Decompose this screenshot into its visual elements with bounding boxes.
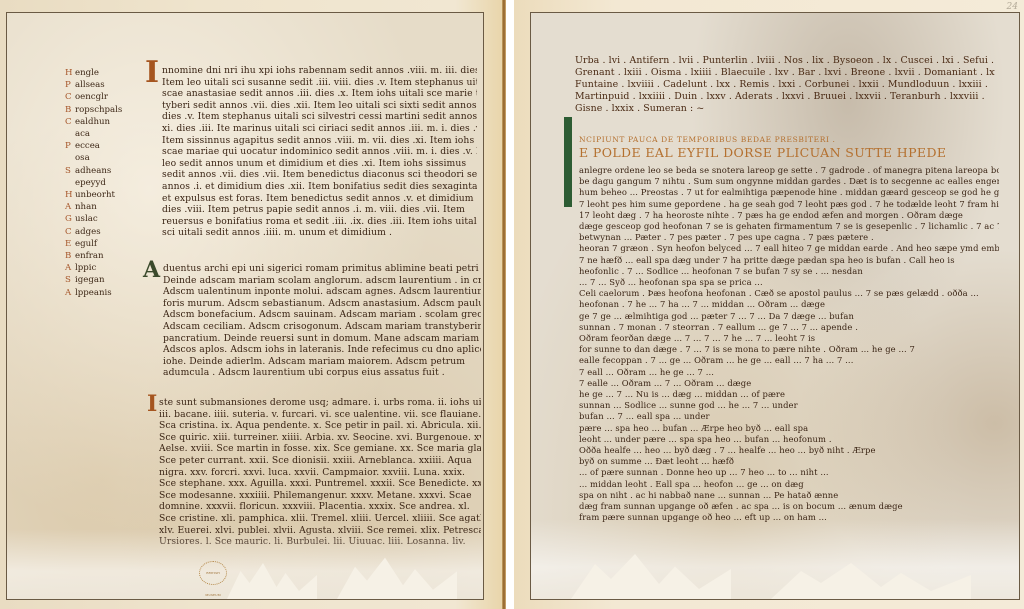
library-stamp: BRITISH MUSEUM [199,561,227,585]
margin-item: epeyyd [65,177,122,189]
text-line: xi. dies .iii. Ite marinus uitali sci ci… [162,123,477,135]
text-line: 7 ealle ... Oðram ... 7 ... Oðram ... dæ… [579,378,999,389]
text-line: Sce peter currant. xxii. Sce dionisii. x… [159,455,481,467]
margin-item: Eegulf [65,238,122,250]
text-line: betwynan ... Pæter . 7 pes pæter . 7 pes… [579,232,999,243]
text-line: Sce cristine. xli. pamphica. xlii. Treme… [159,513,481,525]
text-line: leo sedit annos unum et dimidium et dies… [162,158,477,170]
text-line: dies .viii. Item petrus papie sedit anno… [162,204,477,216]
text-line: Sce stephane. xxx. Aguilla. xxxi. Puntre… [159,478,481,490]
text-line: dæge gesceop god heofonan 7 se is gehate… [579,221,999,232]
text-line: dies .v. Item stephanus uitali sci silve… [162,111,477,123]
margin-item: Pallseas [65,79,122,91]
text-line: leoht ... under pære ... spa spa heo ...… [579,434,999,445]
text-line: Adscm ualentinum inponte molui. adscam a… [163,286,481,298]
margin-item: Alppic [65,262,122,274]
text-line: foris murum. Adscm sebastianum. Adscm an… [163,298,481,310]
text-line: 17 leoht dæg . 7 ha heoroste nihte . 7 p… [579,210,999,221]
text-line: 7 eall ... Oðram ... he ge ... 7 ... [579,367,999,378]
text-line: 7 leoht pes him sume gepordene . ha ge s… [579,199,999,210]
rubric-incipit: NCIPIUNT PAUCA DE TEMPORIBUS BEDAE PRESB… [579,135,835,144]
text-line: Deinde adscam mariam scolam anglorum. ad… [163,275,481,287]
text-line: iii. bacane. iiii. suteria. v. furcari. … [159,409,481,421]
text-line: heofonlic . 7 ... Sodlice ... heofonan 7… [579,266,999,277]
text-block-rome-churches: duentus archi epi uni sigerici romam pri… [163,263,481,379]
text-line: Adscm bonefacium. Adscm sauinam. Adscam … [163,309,481,321]
text-line: Adscam ceciliam. Adscm crisogonum. Adsca… [163,321,481,333]
margin-item: Cealdhun [65,116,122,128]
text-line: Sca cristina. ix. Aqua pendente. x. Sce … [159,420,481,432]
left-page: Hengle Pallseas Coencglr Bropschpals Cea… [0,0,506,609]
margin-item: osa [65,152,122,164]
text-line: Aelse. xviii. Sce martin in fosse. xix. … [159,443,481,455]
margin-item: Alppeanis [65,287,122,299]
green-initial-bar [564,117,572,207]
text-line: reuersus e bonifatius roma et sedit .iii… [162,216,477,228]
margin-name-list: Hengle Pallseas Coencglr Bropschpals Cea… [65,67,122,299]
text-line: bufan ... 7 ... eall spa ... under [579,411,999,422]
text-line: sunnan ... Sodlice ... sunne god ... he … [579,400,999,411]
text-block-popes: nnomine dni nri ihu xpi iohs rabennam se… [162,65,477,239]
text-line: ... 7 ... Syð ... heofonan spa spa se pr… [579,277,999,288]
rubric-title: E POLDE EAL EYFIL DORSE PLICUAN SUTTE HP… [579,145,946,160]
text-line: Grenant . lxiii . Oisma . lxiiii . Blaec… [575,67,995,79]
text-line: ... of pære sunnan . Donne heo up ... 7 … [579,467,999,478]
margin-item: Benfran [65,250,122,262]
text-line: adumcula . Adscm laurentium ubi corpus e… [163,367,481,379]
text-line: Celi caelorum . Þæs heofona heofonan . C… [579,288,999,299]
text-line: ealle fecoppan . 7 ... ge ... Oðram ... … [579,355,999,366]
text-line: Martinpuid . lxxiiii . Duin . lxxv . Ade… [575,91,995,103]
right-page: 24 Urba . lvi . Antifern . lvii . Punter… [514,0,1024,609]
right-folio: Urba . lvi . Antifern . lvii . Punterlin… [530,12,1020,600]
text-line: sci uitali sedit annos .iiii. m. unum et… [162,227,477,239]
text-block-de-temporibus: anlegre ordene leo se beda se snotera la… [579,165,999,524]
text-line: sunnan . 7 monan . 7 steorran . 7 eallum… [579,322,999,333]
text-block-submansiones: ste sunt submansiones derome usq; admare… [159,397,481,548]
text-line: byð on summe ... Ðæt leoht ... hæfð [579,456,999,467]
text-line: Gisne . lxxix . Sumeran : ~ [575,103,995,115]
text-line: he ge ... 7 ... Nu is ... dæg ... middan… [579,389,999,400]
text-line: Sce modesanne. xxxiiii. Philemangenur. x… [159,490,481,502]
text-line: tyberi sedit annos .vii. dies .xii. Item… [162,100,477,112]
initial-a: A [143,257,160,283]
text-line: domnine. xxxvii. floricun. xxxviii. Plac… [159,501,481,513]
text-line: Oðram feorðan dæge ... 7 ... 7 ... 7 he … [579,333,999,344]
margin-item: Sadheans [65,165,122,177]
text-line: duentus archi epi uni sigerici romam pri… [163,263,481,275]
left-folio: Hengle Pallseas Coencglr Bropschpals Cea… [6,12,484,600]
folio-number: 24 [1007,2,1018,12]
text-line: pancratium. Deinde reuersi sunt in domum… [163,333,481,345]
text-line: pære ... spa heo ... bufan ... Ærpe heo … [579,423,999,434]
margin-item: Coencglr [65,91,122,103]
text-line: 7 ne hæfð ... eall spa dæg under 7 ha pr… [579,255,999,266]
text-line: dæg fram sunnan upgange oð æfen . ac spa… [579,501,999,512]
text-line: be dagu gangum 7 nihtu . Sum sum ongynne… [579,176,999,187]
binding-edge [502,0,506,609]
text-line: Urba . lvi . Antifern . lvii . Punterlin… [575,55,995,67]
text-line: heofonan . 7 he ... 7 ha ... 7 ... midda… [579,299,999,310]
red-initial-i: I [147,391,157,417]
text-line: nnomine dni nri ihu xpi iohs rabennam se… [162,65,477,77]
text-line: scae anastasiae sedit annos .iii. dies .… [162,88,477,100]
text-line: heoran 7 græon . Syn heofon belyced ... … [579,243,999,254]
text-line: annos .i. et dimidium dies .xii. Item bo… [162,181,477,193]
text-line: anlegre ordene leo se beda se snotera la… [579,165,999,176]
margin-item: Peccea [65,140,122,152]
text-line: iohe. Deinde adierlm. Adscam mariam maio… [163,356,481,368]
margin-item: Hengle [65,67,122,79]
text-line: Item sissinnus agapitus sedit annos .vii… [162,135,477,147]
red-initial-i: I [145,55,159,90]
margin-item: Bropschpals [65,104,122,116]
text-line: scae mariae qui uocatur indominico sedit… [162,146,477,158]
margin-item: Anhan [65,201,122,213]
text-line: ge 7 ge ... ælmihtiga god ... pæter 7 ..… [579,311,999,322]
text-line: for sunne to dan dæge . 7 ... 7 is se mo… [579,344,999,355]
text-line: Oðða healfe ... heo ... byð dæg . 7 ... … [579,445,999,456]
margin-item: Cadges [65,226,122,238]
text-line: Funtaine . lxviiii . Cadelunt . lxx . Re… [575,79,995,91]
text-line: Item leo uitali sci susanne sedit .iii. … [162,77,477,89]
text-line: spa on niht . ac hi nabbað nane ... sunn… [579,490,999,501]
margin-item: aca [65,128,122,140]
text-line: sedit annos .vii. dies .vii. Item benedi… [162,169,477,181]
text-line: hum beheo ... Preostas . 7 ut for ealmih… [579,187,999,198]
margin-item: Guslac [65,213,122,225]
itinerary-continuation: Urba . lvi . Antifern . lvii . Punterlin… [575,55,995,115]
margin-item: Sigegan [65,274,122,286]
text-line: Adscos aplos. Adscm iohs in lateranis. I… [163,344,481,356]
text-line: et expulsus est foras. Item benedictus s… [162,193,477,205]
text-line: ... middan leoht . Eall spa ... heofon .… [579,479,999,490]
text-line: Sce quiric. xiii. turreiner. xiiii. Arbi… [159,432,481,444]
text-line: ste sunt submansiones derome usq; admare… [159,397,481,409]
margin-item: Hunbeorht [65,189,122,201]
text-line: nigra. xxv. forcri. xxvi. luca. xxvii. C… [159,467,481,479]
